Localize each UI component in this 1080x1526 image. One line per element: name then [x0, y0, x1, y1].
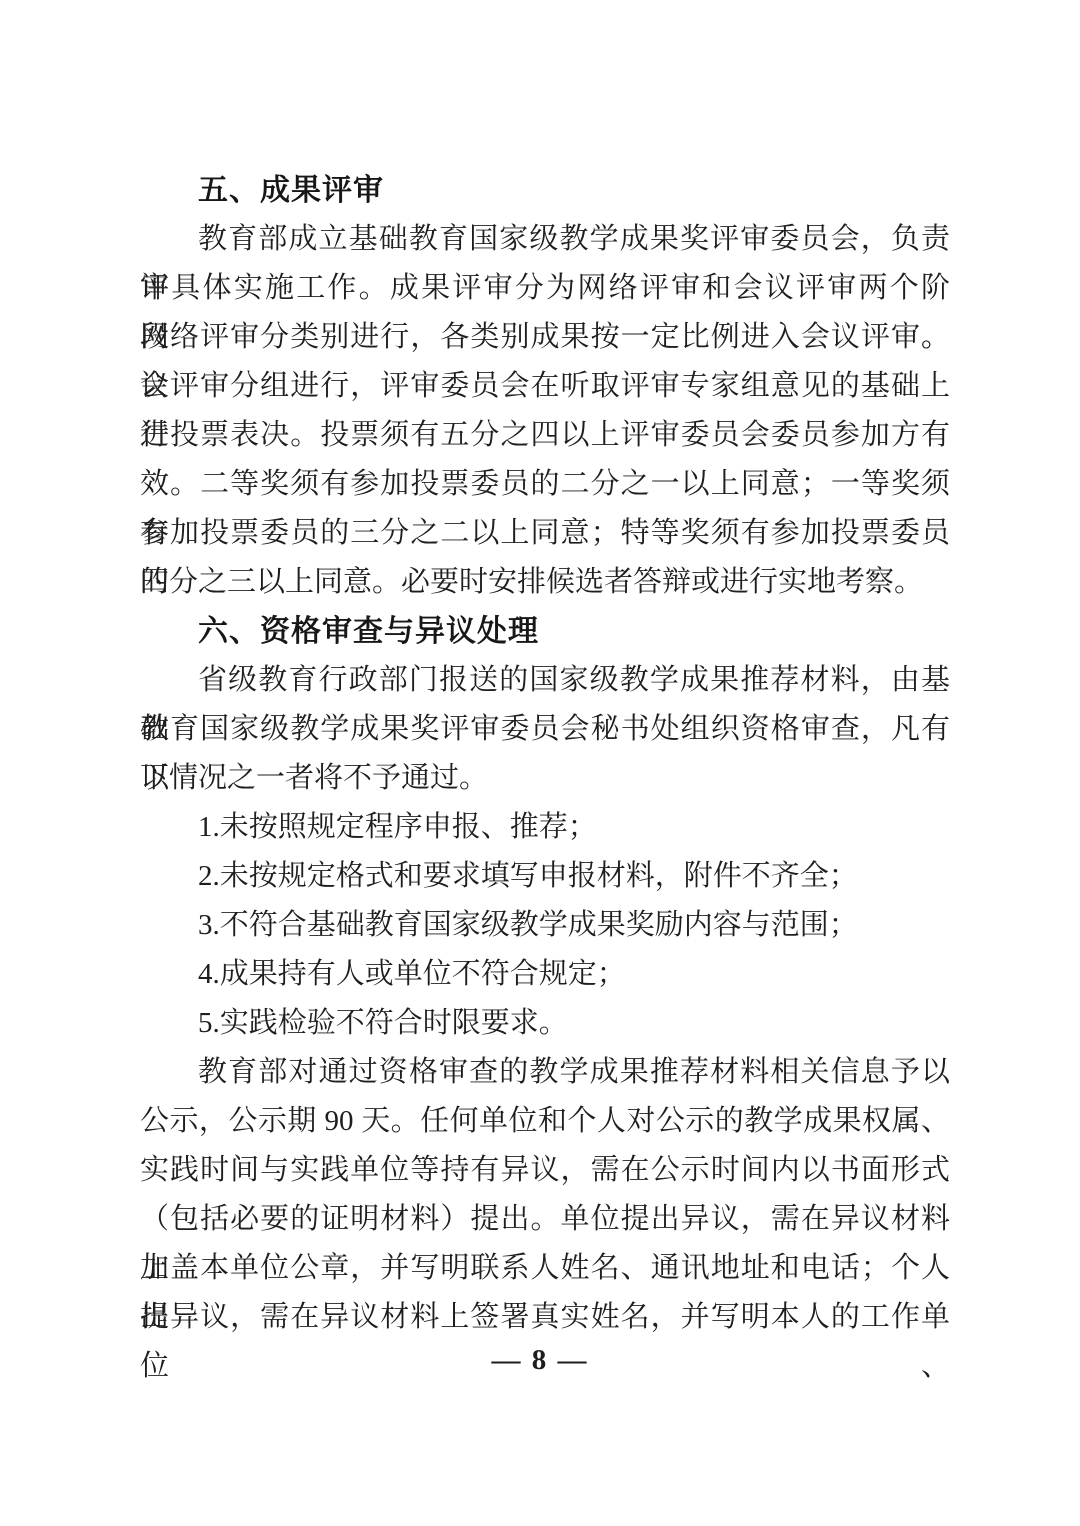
text-line: 审具体实施工作。成果评审分为网络评审和会议评审两个阶段。	[140, 264, 950, 313]
text-line: 2.未按规定格式和要求填写申报材料，附件不齐全；	[140, 852, 950, 901]
text-line: 教育部成立基础教育国家级教学成果奖评审委员会，负责评	[140, 215, 950, 264]
text-line: 公示，公示期 90 天。任何单位和个人对公示的教学成果权属、	[140, 1097, 950, 1146]
text-line: 教育部对通过资格审查的教学成果推荐材料相关信息予以	[140, 1048, 950, 1097]
text-line: 议评审分组进行，评审委员会在听取评审专家组意见的基础上进	[140, 362, 950, 411]
text-line: （包括必要的证明材料）提出。单位提出异议，需在异议材料上	[140, 1195, 950, 1244]
text-line: 1.未按照规定程序申报、推荐；	[140, 803, 950, 852]
document-page: 五、成果评审教育部成立基础教育国家级教学成果奖评审委员会，负责评审具体实施工作。…	[0, 0, 1080, 1526]
text-line: 网络评审分类别进行，各类别成果按一定比例进入会议评审。会	[140, 313, 950, 362]
text-line: 教育国家级教学成果奖评审委员会秘书处组织资格审查，凡有以	[140, 705, 950, 754]
section-heading: 五、成果评审	[140, 166, 950, 215]
text-line: 四分之三以上同意。必要时安排候选者答辩或进行实地考察。	[140, 558, 950, 607]
text-line: 实践时间与实践单位等持有异议，需在公示时间内以书面形式	[140, 1146, 950, 1195]
text-line: 下情况之一者将不予通过。	[140, 754, 950, 803]
text-line: 参加投票委员的三分之二以上同意；特等奖须有参加投票委员的	[140, 509, 950, 558]
text-line: 5.实践检验不符合时限要求。	[140, 999, 950, 1048]
text-line: 4.成果持有人或单位不符合规定；	[140, 950, 950, 999]
page-number: — 8 —	[0, 1336, 1080, 1385]
document-body: 五、成果评审教育部成立基础教育国家级教学成果奖评审委员会，负责评审具体实施工作。…	[140, 166, 950, 1342]
text-line: 3.不符合基础教育国家级教学成果奖励内容与范围；	[140, 901, 950, 950]
text-line: 出异议，需在异议材料上签署真实姓名，并写明本人的工作单位、	[140, 1293, 950, 1342]
text-line: 省级教育行政部门报送的国家级教学成果推荐材料，由基础	[140, 656, 950, 705]
text-line: 行投票表决。投票须有五分之四以上评审委员会委员参加方有	[140, 411, 950, 460]
section-heading: 六、资格审查与异议处理	[140, 607, 950, 656]
text-line: 效。二等奖须有参加投票委员的二分之一以上同意；一等奖须有	[140, 460, 950, 509]
text-line: 加盖本单位公章，并写明联系人姓名、通讯地址和电话；个人提	[140, 1244, 950, 1293]
